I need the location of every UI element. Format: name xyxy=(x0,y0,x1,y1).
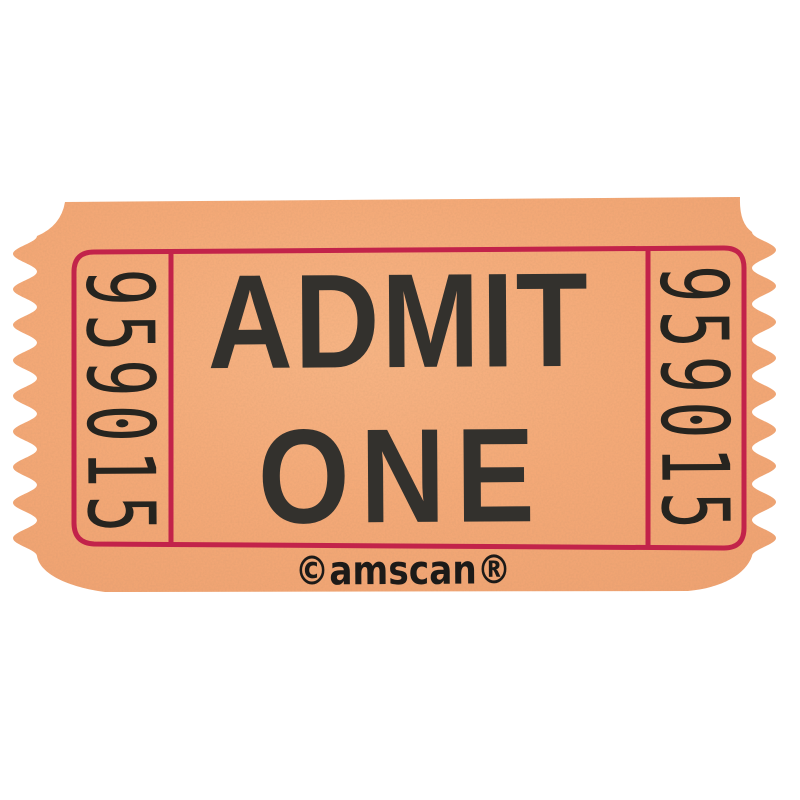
serial-number-left: 959015 xyxy=(65,268,175,541)
admit-one-ticket: 959015 959015 ADMIT ONE ©amscan® xyxy=(0,0,800,800)
ticket-image: 959015 959015 ADMIT ONE ©amscan® xyxy=(0,0,800,800)
one-text: ONE xyxy=(257,400,545,551)
brand-text: ©amscan® xyxy=(295,546,512,594)
serial-number-right: 959015 xyxy=(639,265,749,538)
admit-text: ADMIT xyxy=(207,245,590,397)
